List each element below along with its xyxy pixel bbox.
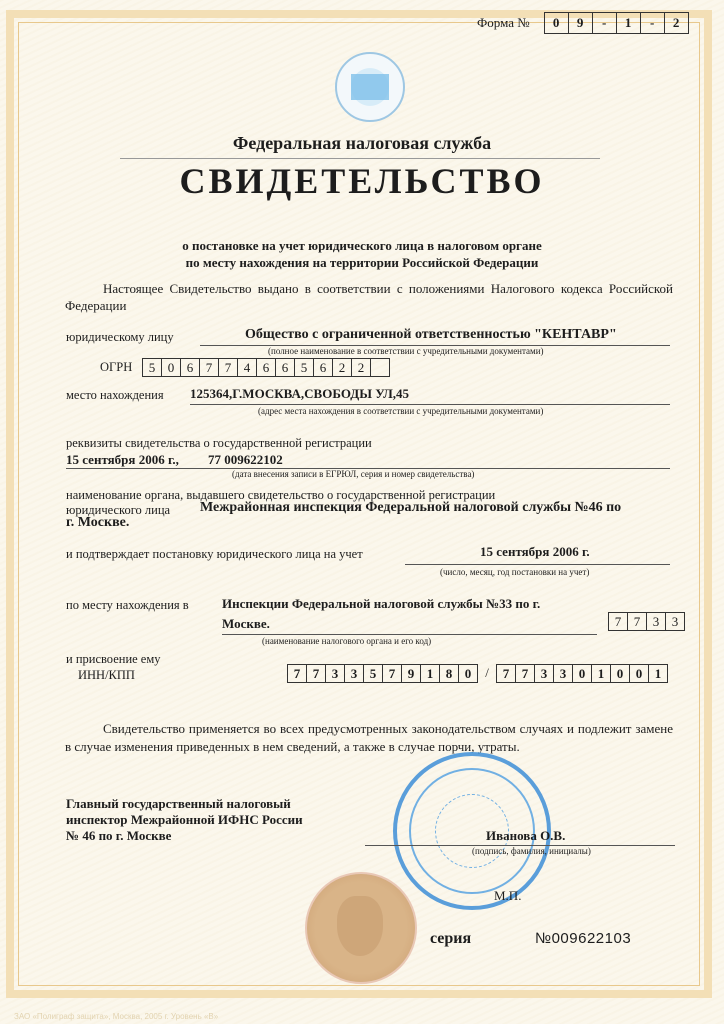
subtitle-line-2: по месту нахождения на территории Россий… bbox=[0, 254, 724, 271]
registered-label: и подтверждает постановку юридического л… bbox=[66, 547, 363, 562]
location-address: 125364,Г.МОСКВА,СВОБОДЫ УЛ,45 bbox=[190, 386, 409, 402]
registration-hint: (дата внесения записи в ЕГРЮЛ, серия и н… bbox=[232, 469, 474, 479]
location-hint: (адрес места нахождения в соответствии с… bbox=[258, 406, 543, 416]
tax-office-code-boxes: 7733 bbox=[608, 612, 685, 631]
kpp-digit: 0 bbox=[611, 664, 630, 683]
ogrn-digit: 6 bbox=[257, 358, 276, 377]
ogrn-digit: 4 bbox=[238, 358, 257, 377]
inn-kpp-separator: / bbox=[478, 664, 496, 683]
form-digit: - bbox=[593, 12, 617, 34]
agency-name: Федеральная налоговая служба bbox=[0, 133, 724, 154]
document-title: СВИДЕТЕЛЬСТВО bbox=[0, 160, 724, 202]
inn-digit: 9 bbox=[402, 664, 421, 683]
ogrn-digit: 5 bbox=[295, 358, 314, 377]
tax-office-underline bbox=[222, 634, 597, 635]
inn-kpp-label-2: ИНН/КПП bbox=[78, 668, 135, 683]
ogrn-digit: 6 bbox=[276, 358, 295, 377]
subtitle-line-1: о постановке на учет юридического лица в… bbox=[0, 237, 724, 254]
inn-digit: 3 bbox=[345, 664, 364, 683]
inspector-line-1: Главный государственный налоговый bbox=[66, 796, 303, 812]
hologram-seal-icon bbox=[305, 872, 417, 984]
ogrn-digit: 2 bbox=[352, 358, 371, 377]
form-digit: 1 bbox=[617, 12, 641, 34]
location-underline bbox=[190, 404, 670, 405]
tax-office-hint: (наименование налогового органа и его ко… bbox=[262, 636, 431, 646]
ogrn-label: ОГРН bbox=[100, 360, 132, 375]
registered-date: 15 сентября 2006 г. bbox=[480, 544, 590, 560]
ogrn-digit bbox=[371, 358, 390, 377]
inn-digit: 0 bbox=[459, 664, 478, 683]
form-digit: - bbox=[641, 12, 665, 34]
inn-digit: 7 bbox=[383, 664, 402, 683]
tax-office-name-2: Москве. bbox=[222, 616, 270, 632]
location-label: место нахождения bbox=[66, 388, 164, 403]
form-digit: 2 bbox=[665, 12, 689, 34]
inspector-title: Главный государственный налоговый инспек… bbox=[66, 796, 303, 844]
ogrn-digit: 6 bbox=[314, 358, 333, 377]
inn-digit: 3 bbox=[326, 664, 345, 683]
signer-name: Иванова О.В. bbox=[486, 828, 565, 844]
ogrn-digit: 0 bbox=[162, 358, 181, 377]
kpp-digit: 1 bbox=[592, 664, 611, 683]
form-digit: 9 bbox=[569, 12, 593, 34]
form-digit: 0 bbox=[544, 12, 569, 34]
kpp-digit: 0 bbox=[630, 664, 649, 683]
inspector-line-2: инспектор Межрайонной ИФНС России bbox=[66, 812, 303, 828]
inn-digit: 7 bbox=[307, 664, 326, 683]
ogrn-boxes: 506774665622 bbox=[142, 358, 390, 377]
kpp-digit: 7 bbox=[516, 664, 535, 683]
certificate-page: Форма № 09-1-2 Федеральная налоговая слу… bbox=[0, 0, 724, 1024]
registration-series-number: 77 009622102 bbox=[208, 452, 283, 468]
tax-office-code-digit: 7 bbox=[608, 612, 628, 631]
tax-office-code-digit: 3 bbox=[666, 612, 685, 631]
ogrn-digit: 6 bbox=[181, 358, 200, 377]
entity-label: юридическому лицу bbox=[66, 330, 174, 345]
registration-label: реквизиты свидетельства о государственно… bbox=[66, 436, 372, 451]
inspector-line-3: № 46 по г. Москве bbox=[66, 828, 303, 844]
inn-digit: 7 bbox=[287, 664, 307, 683]
serial-number: №009622103 bbox=[535, 930, 631, 947]
document-subtitle: о постановке на учет юридического лица в… bbox=[0, 237, 724, 271]
inn-digit: 8 bbox=[440, 664, 459, 683]
kpp-digit: 1 bbox=[649, 664, 668, 683]
inn-digit: 5 bbox=[364, 664, 383, 683]
issuer-name-2: г. Москве. bbox=[66, 515, 129, 531]
tax-office-code-digit: 3 bbox=[647, 612, 666, 631]
kpp-digit: 0 bbox=[573, 664, 592, 683]
inn-digit: 1 bbox=[421, 664, 440, 683]
printer-imprint: ЗАО «Полиграф защита», Москва, 2005 г. У… bbox=[14, 1012, 218, 1021]
serial-label: серия bbox=[430, 930, 471, 948]
fns-emblem-icon bbox=[335, 52, 405, 122]
kpp-digit: 3 bbox=[535, 664, 554, 683]
kpp-digit: 7 bbox=[496, 664, 516, 683]
signature-hint: (подпись, фамилия, инициалы) bbox=[472, 846, 591, 856]
intro-paragraph: Настоящее Свидетельство выдано в соответ… bbox=[65, 280, 673, 314]
ogrn-digit: 5 bbox=[142, 358, 162, 377]
form-number-label: Форма № bbox=[477, 15, 530, 31]
entity-hint: (полное наименование в соответствии с уч… bbox=[268, 346, 544, 356]
ogrn-digit: 7 bbox=[200, 358, 219, 377]
issuer-name-1: Межрайонная инспекция Федеральной налого… bbox=[200, 500, 621, 516]
registered-underline bbox=[405, 564, 670, 565]
tax-office-code-digit: 7 bbox=[628, 612, 647, 631]
ogrn-digit: 2 bbox=[333, 358, 352, 377]
tax-office-name-1: Инспекции Федеральной налоговой службы №… bbox=[222, 596, 540, 612]
inn-kpp-label-1: и присвоение ему bbox=[66, 652, 161, 667]
form-number-boxes: 09-1-2 bbox=[544, 12, 689, 34]
form-number: Форма № 09-1-2 bbox=[477, 12, 689, 34]
inn-kpp-boxes: 7733579180/773301001 bbox=[287, 664, 668, 683]
entity-name: Общество с ограниченной ответственностью… bbox=[245, 327, 617, 343]
registered-hint: (число, месяц, год постановки на учет) bbox=[440, 567, 589, 577]
tax-office-label: по месту нахождения в bbox=[66, 598, 189, 613]
ogrn-digit: 7 bbox=[219, 358, 238, 377]
kpp-digit: 3 bbox=[554, 664, 573, 683]
registration-date: 15 сентября 2006 г., bbox=[66, 452, 179, 468]
seal-place-label: М.П. bbox=[494, 888, 521, 904]
validity-paragraph: Свидетельство применяется во всех предус… bbox=[65, 720, 673, 756]
divider bbox=[120, 158, 600, 159]
